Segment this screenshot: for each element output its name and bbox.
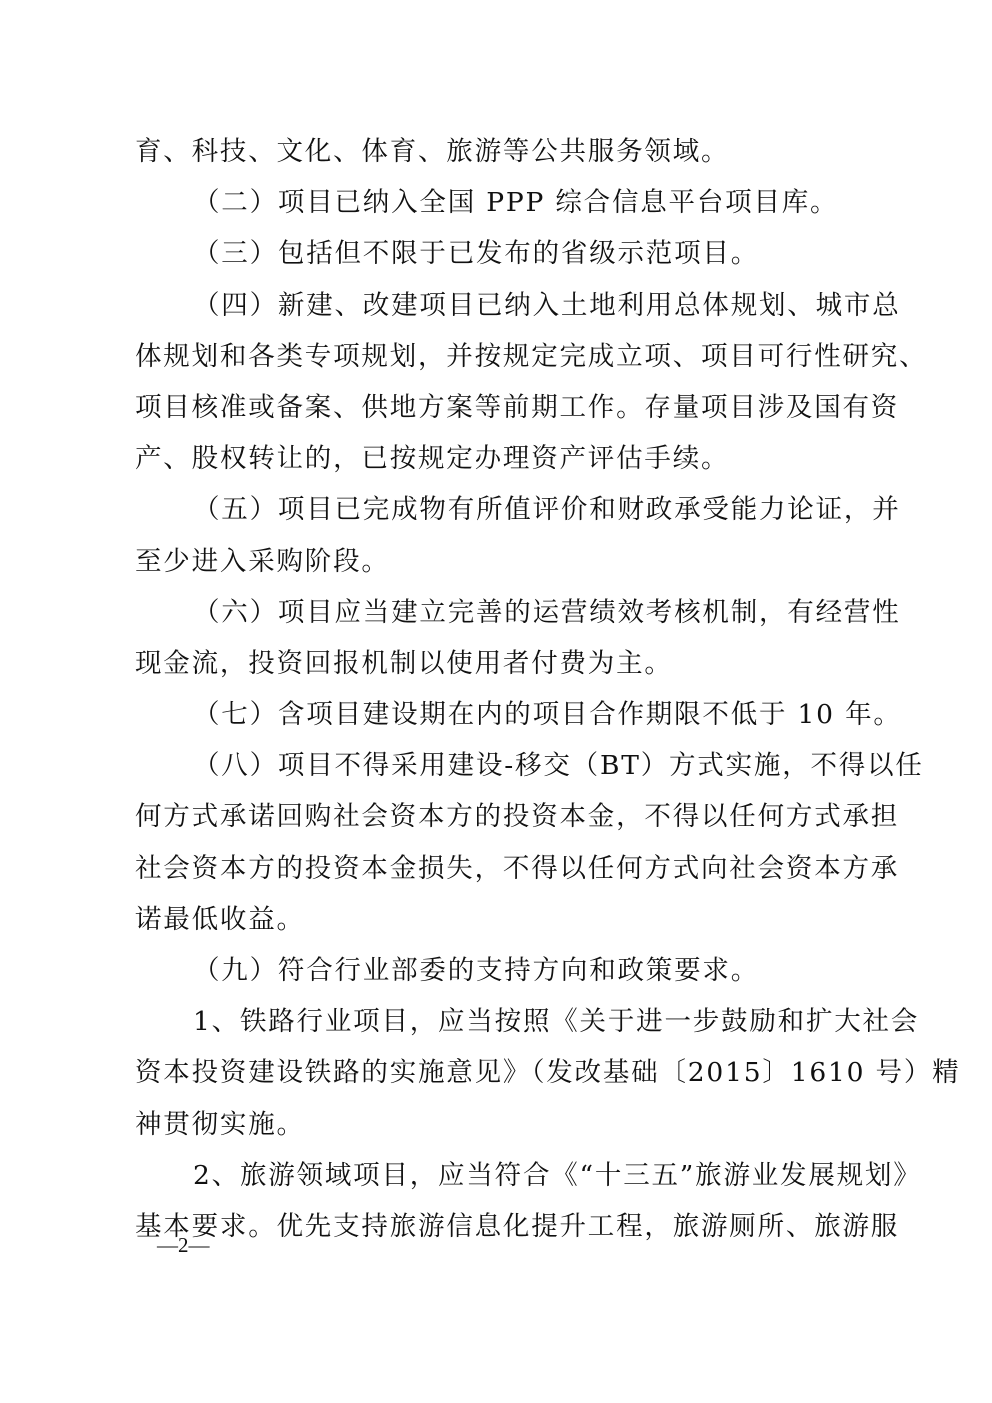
text-line: （九）符合行业部委的支持方向和政策要求。 [135, 950, 861, 1001]
text-line: （五）项目已完成物有所值评价和财政承受能力论证，并 [135, 489, 861, 540]
text-line: 育、科技、文化、体育、旅游等公共服务领域。 [135, 131, 861, 182]
text-line: （六）项目应当建立完善的运营绩效考核机制，有经营性 [135, 592, 861, 643]
text-line: 产、股权转让的，已按规定办理资产评估手续。 [135, 438, 861, 489]
text-line: 基本要求。优先支持旅游信息化提升工程，旅游厕所、旅游服 [135, 1206, 861, 1257]
text-line: 何方式承诺回购社会资本方的投资本金，不得以任何方式承担 [135, 796, 861, 847]
document-body: 育、科技、文化、体育、旅游等公共服务领域。 （二）项目已纳入全国 PPP 综合信… [135, 131, 861, 1257]
text-line: 至少进入采购阶段。 [135, 541, 861, 592]
text-line: 2、旅游领域项目，应当符合《“十三五”旅游业发展规划》 [135, 1155, 861, 1206]
text-line: （七）含项目建设期在内的项目合作期限不低于 10 年。 [135, 694, 861, 745]
text-line: 社会资本方的投资本金损失，不得以任何方式向社会资本方承 [135, 848, 861, 899]
text-line: 1、铁路行业项目，应当按照《关于进一步鼓励和扩大社会 [135, 1001, 861, 1052]
page-number: —2— [157, 1233, 210, 1258]
text-line: 资本投资建设铁路的实施意见》（发改基础〔2015〕1610 号）精 [135, 1052, 861, 1103]
text-line: 诺最低收益。 [135, 899, 861, 950]
text-line: （四）新建、改建项目已纳入土地利用总体规划、城市总 [135, 285, 861, 336]
text-line: （二）项目已纳入全国 PPP 综合信息平台项目库。 [135, 182, 861, 233]
text-line: 项目核准或备案、供地方案等前期工作。存量项目涉及国有资 [135, 387, 861, 438]
text-line: 现金流，投资回报机制以使用者付费为主。 [135, 643, 861, 694]
text-line: 神贯彻实施。 [135, 1104, 861, 1155]
text-line: （八）项目不得采用建设-移交（BT）方式实施，不得以任 [135, 745, 861, 796]
text-line: 体规划和各类专项规划，并按规定完成立项、项目可行性研究、 [135, 336, 861, 387]
text-line: （三）包括但不限于已发布的省级示范项目。 [135, 233, 861, 284]
